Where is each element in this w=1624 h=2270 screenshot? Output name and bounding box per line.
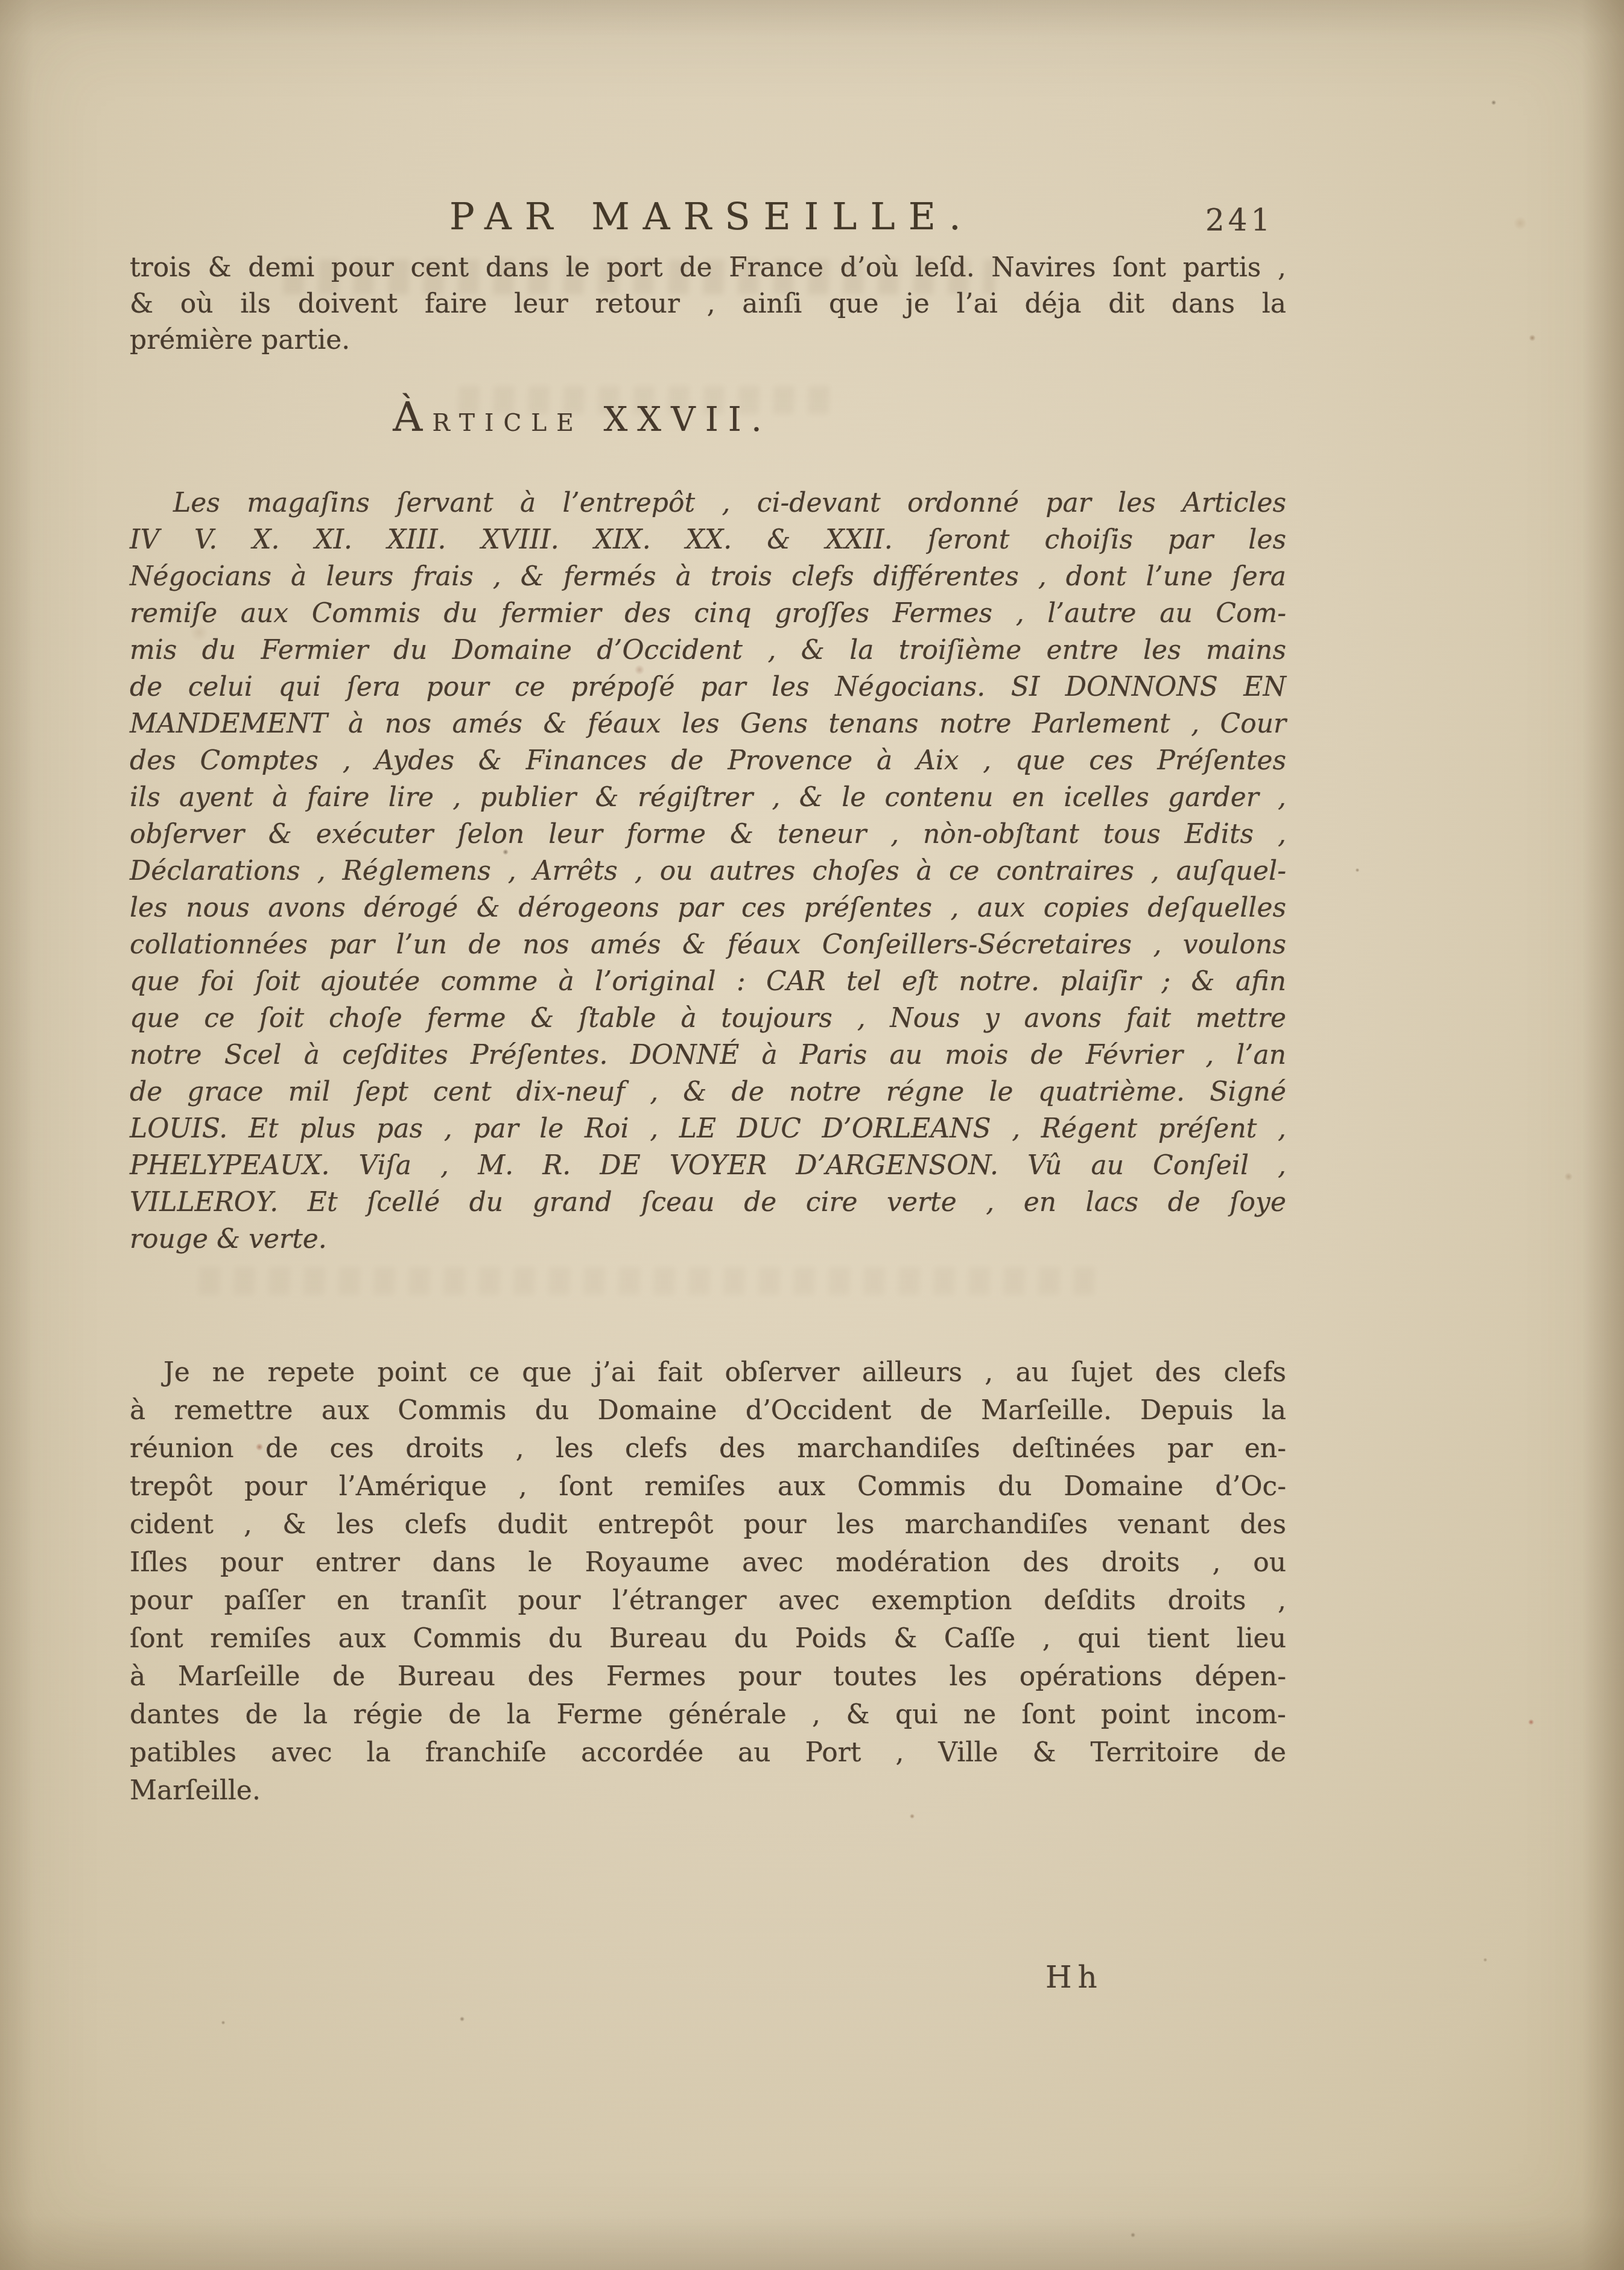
page-number: 241 [1205,203,1274,238]
text-line: rouge & verte. [130,1221,1286,1257]
verso-show-through [198,1267,1105,1295]
text-line: Négocians à leurs frais , & fermés à tro… [130,558,1286,595]
text-line: des Comptes , Aydes & Finances de Proven… [130,742,1286,779]
text-line: que ce ſoit choſe ferme & ſtable à toujo… [130,1000,1286,1037]
text-line: réunion de ces droits , les clefs des ma… [130,1429,1286,1467]
text-line: collationnées par l’un de nos amés & féa… [130,926,1286,963]
text-line: ſont remiſes aux Commis du Bureau du Poi… [130,1620,1286,1658]
text-line: & où ils doivent faire leur retour , ain… [130,286,1286,322]
ordinance-paragraph: Les magaſins ſervant à l’entrepôt , ci-d… [130,485,1286,1257]
text-line: PHELYPEAUX. Viſa , M. R. DE VOYER D’ARGE… [130,1147,1286,1184]
text-line: mis du Fermier du Domaine d’Occident , &… [130,632,1286,669]
signature-mark: Hh [1045,1960,1103,1995]
text-line: prémière partie. [130,322,1286,358]
text-line: VILLEROY. Et ſcellé du grand ſceau de ci… [130,1184,1286,1221]
text-line: notre Scel à ceſdites Préſentes. DONNÉ à… [130,1037,1286,1073]
intro-paragraph: trois & demi pour cent dans le port de F… [130,250,1286,358]
text-line: cident , & les clefs dudit entrepôt pour… [130,1505,1286,1544]
text-line: remiſe aux Commis du fermier des cinq gr… [130,595,1286,632]
text-line: trepôt pour l’Amérique , ſont remiſes au… [130,1467,1286,1505]
text-line: Marſeille. [130,1772,1286,1810]
running-head: PAR MARSEILLE. [449,194,974,238]
text-line: MANDEMENT à nos amés & féaux les Gens te… [130,705,1286,742]
text-line: les nous avons dérogé & dérogeons par ce… [130,889,1286,926]
text-line: pour paſſer en tranſit pour l’étranger a… [130,1582,1286,1620]
text-line: Déclarations , Réglemens , Arrêts , ou a… [130,853,1286,889]
text-line: ils ayent à faire lire , publier & régiſ… [130,779,1286,816]
text-line: dantes de la régie de la Ferme générale … [130,1696,1286,1734]
text-line: de grace mil ſept cent dix-neuf , & de n… [130,1073,1286,1110]
text-line: obſerver & exécuter ſelon leur forme & t… [130,816,1286,853]
text-line: Je ne repete point ce que j’ai fait obſe… [130,1353,1286,1391]
text-line: LOUIS. Et plus pas , par le Roi , LE DUC… [130,1110,1286,1147]
commentary-paragraph: Je ne repete point ce que j’ai fait obſe… [130,1353,1286,1810]
text-line: Iſles pour entrer dans le Royaume avec m… [130,1544,1286,1582]
text-line: que foi ſoit ajoutée comme à l’original … [130,963,1286,1000]
text-line: IV V. X. XI. XIII. XVIII. XIX. XX. & XXI… [130,521,1286,558]
article-heading: Àrticle XXVII. [130,393,1035,441]
text-line: de celui qui ſera pour ce prépoſé par le… [130,669,1286,705]
book-page-scan: PAR MARSEILLE. 241 trois & demi pour cen… [0,0,1624,2270]
text-line: Les magaſins ſervant à l’entrepôt , ci-d… [130,485,1286,521]
text-line: trois & demi pour cent dans le port de F… [130,250,1286,286]
text-line: patibles avec la franchiſe accordée au P… [130,1734,1286,1772]
text-line: à remettre aux Commis du Domaine d’Occid… [130,1391,1286,1429]
text-line: à Marſeille de Bureau des Fermes pour to… [130,1658,1286,1696]
